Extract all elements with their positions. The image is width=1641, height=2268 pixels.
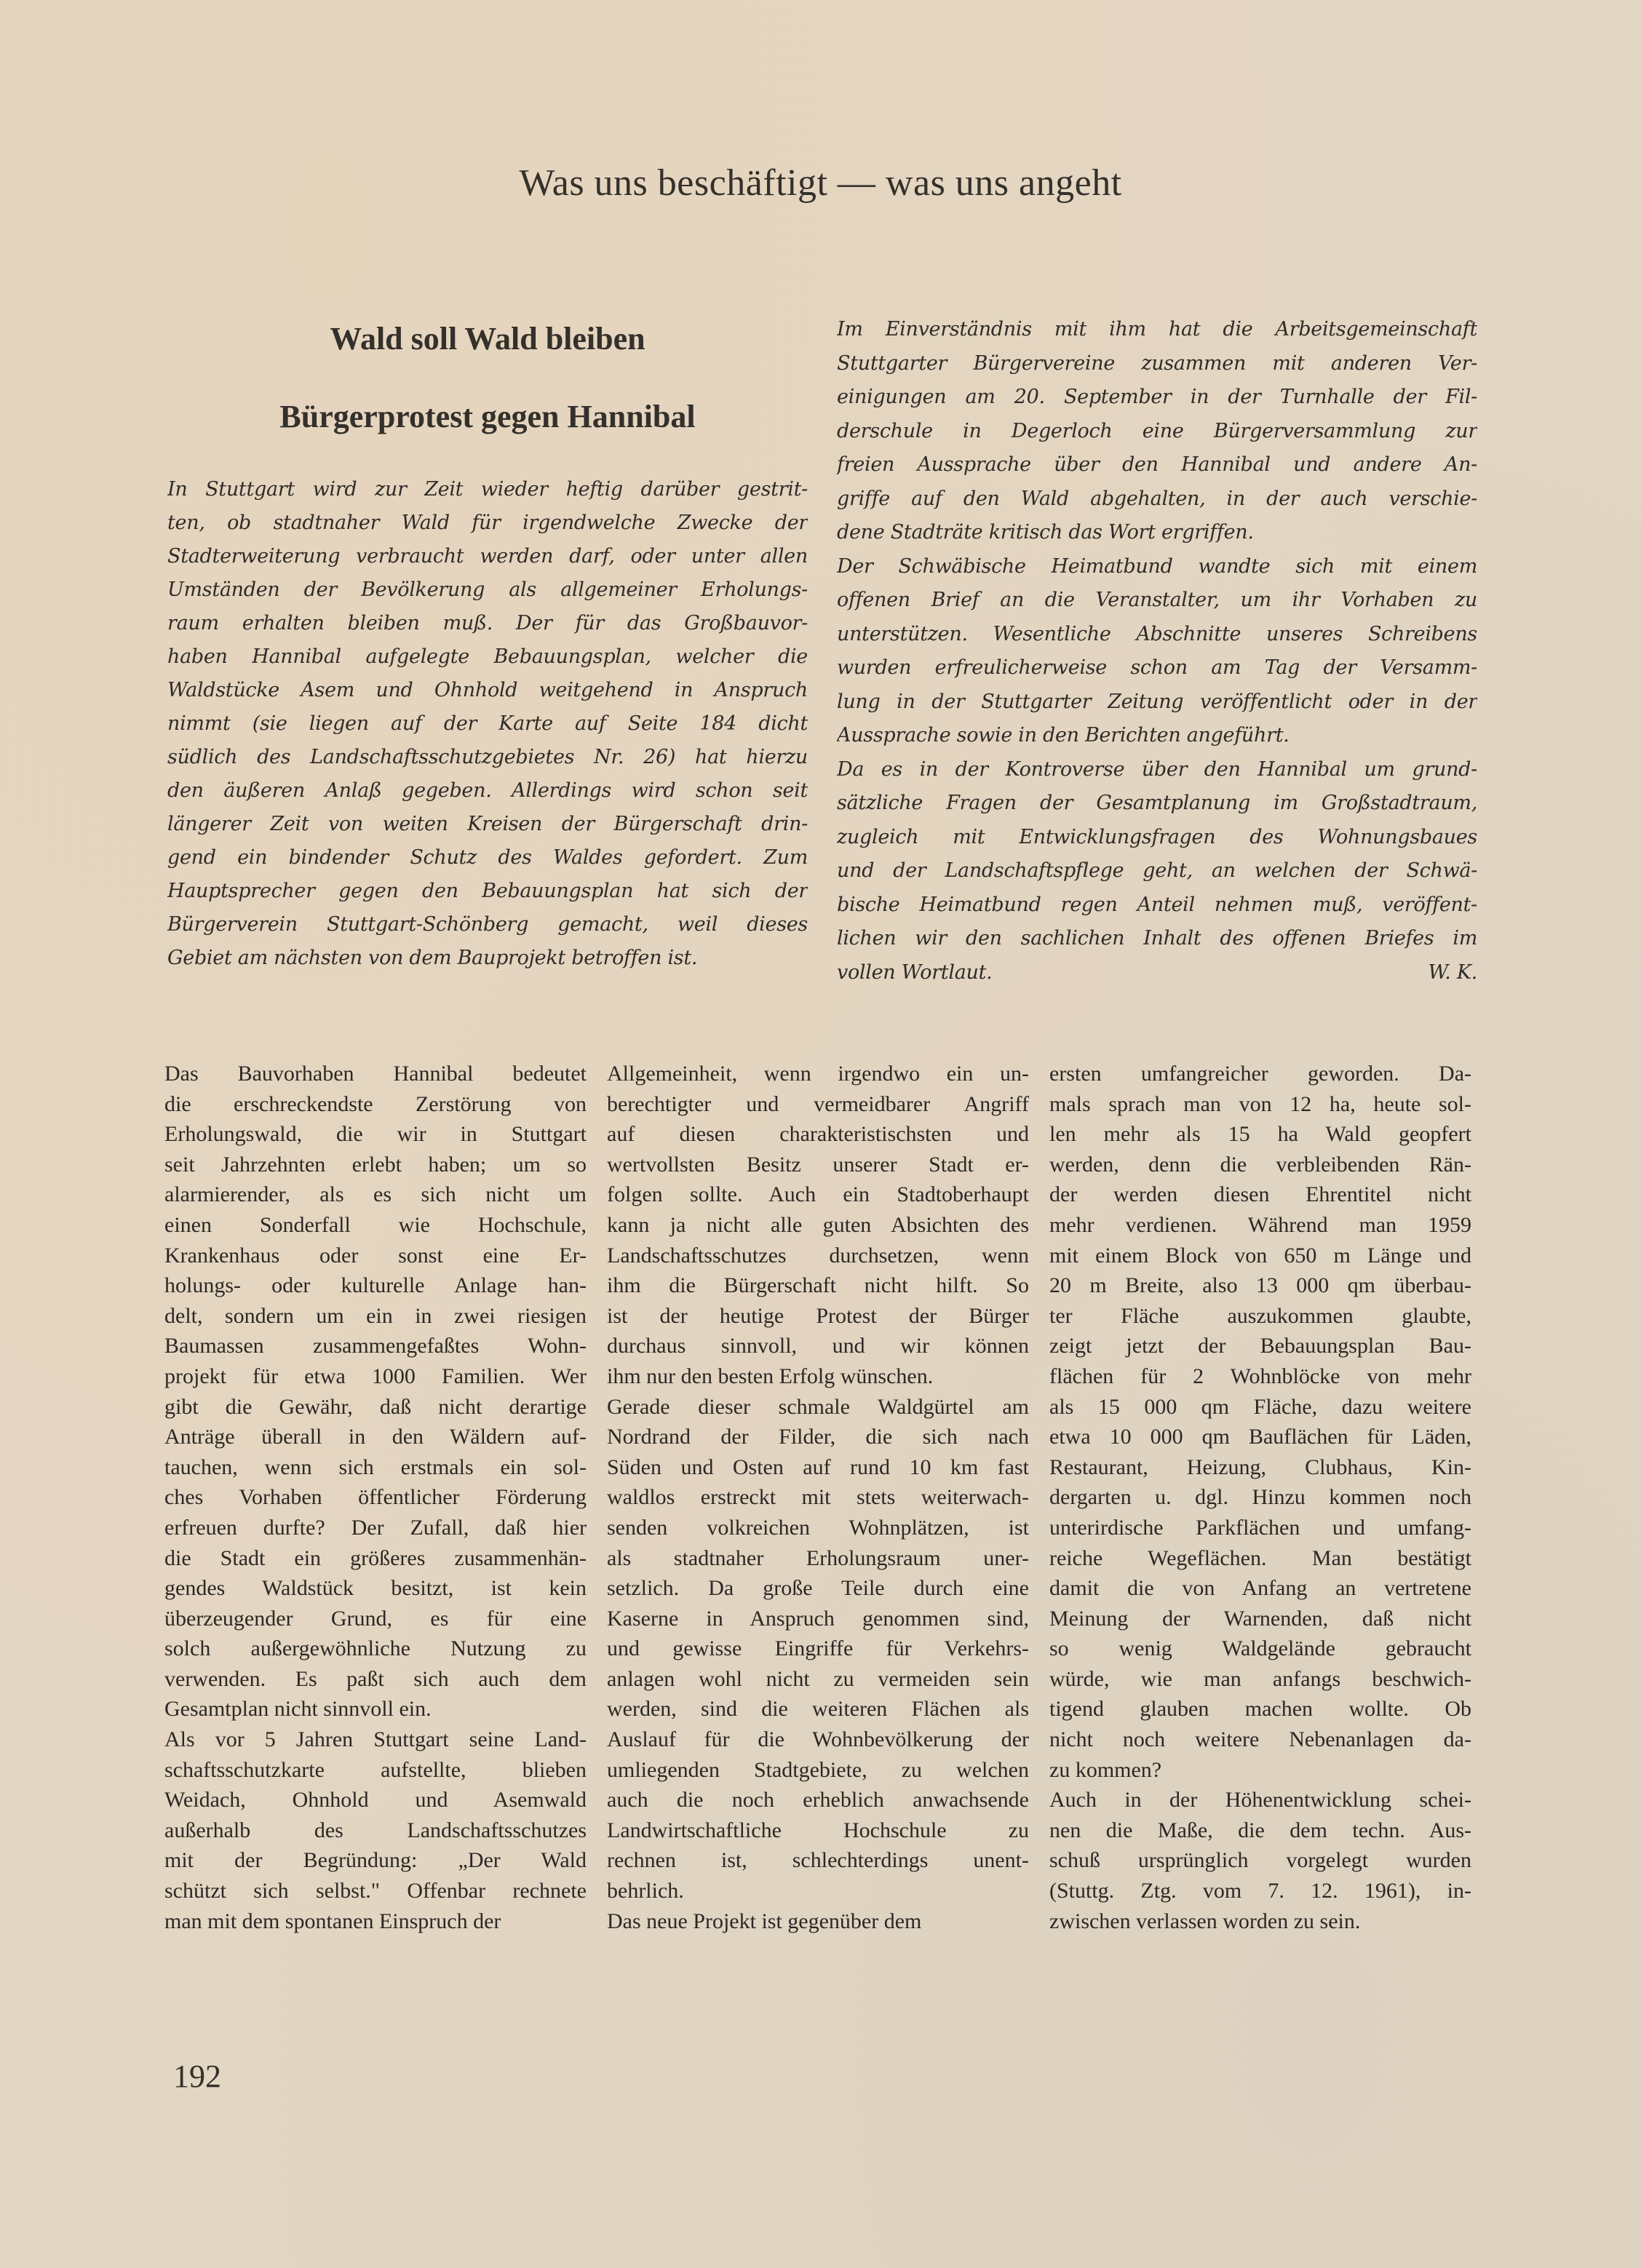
text-line: damit die von Anfang an vertretene xyxy=(1049,1573,1471,1604)
text-line: solch außergewöhnliche Nutzung zu xyxy=(164,1634,587,1664)
text-line: zeigt jetzt der Bebauungsplan Bau- xyxy=(1049,1331,1471,1361)
text-line: projekt für etwa 1000 Familien. Wer xyxy=(164,1361,587,1392)
text-line: man mit dem spontanen Einspruch der xyxy=(164,1906,587,1937)
text-line: nen die Maße, die dem techn. Aus- xyxy=(1049,1815,1471,1846)
text-line: anlagen wohl nicht zu vermeiden sein xyxy=(607,1664,1029,1695)
text-line: einigungen am 20. September in der Turnh… xyxy=(837,381,1477,415)
article-headline: Wald soll Wald bleiben xyxy=(167,320,808,357)
text-line: der werden diesen Ehrentitel nicht xyxy=(1049,1179,1471,1210)
text-line: Landschaftsschutzes durchsetzen, wenn xyxy=(607,1241,1029,1271)
text-line: senden volkreichen Wohnplätzen, ist xyxy=(607,1513,1029,1543)
text-line: setzlich. Da große Teile durch eine xyxy=(607,1573,1029,1604)
text-line: dene Stadträte kritisch das Wort ergriff… xyxy=(837,516,1477,550)
text-line: ihm die Bürgerschaft nicht hilft. So xyxy=(607,1270,1029,1301)
text-line: lichen wir den sachlichen Inhalt des off… xyxy=(837,922,1477,956)
intro-final-text: vollen Wortlaut. xyxy=(837,956,992,990)
text-line: Kaserne in Anspruch genommen sind, xyxy=(607,1604,1029,1634)
text-line: werden, sind die weiteren Flächen als xyxy=(607,1694,1029,1724)
text-line: gend ein bindender Schutz des Waldes gef… xyxy=(167,841,808,875)
text-line: Aussprache sowie in den Berichten angefü… xyxy=(837,719,1477,753)
text-line: wertvollsten Besitz unserer Stadt er- xyxy=(607,1150,1029,1180)
text-line: umliegenden Stadtgebiete, zu welchen xyxy=(607,1755,1029,1786)
text-line: Waldstücke Asem und Ohnhold weitgehend i… xyxy=(167,674,808,707)
text-line: unterstützen. Wesentliche Abschnitte uns… xyxy=(837,618,1477,652)
text-line: freien Aussprache über den Hannibal und … xyxy=(837,448,1477,482)
text-line: würde, wie man anfangs beschwich- xyxy=(1049,1664,1471,1695)
text-line: mit der Begründung: „Der Wald xyxy=(164,1845,587,1876)
text-line: Der Schwäbische Heimatbund wandte sich m… xyxy=(837,550,1477,584)
text-line: haben Hannibal aufgelegte Bebauungsplan,… xyxy=(167,640,808,674)
text-line: tigend glauben machen wollte. Ob xyxy=(1049,1694,1471,1724)
text-line: nicht noch weitere Nebenanlagen da- xyxy=(1049,1724,1471,1755)
text-line: durchaus sinnvoll, und wir können xyxy=(607,1331,1029,1361)
text-line: waldlos erstreckt mit stets weiterwach- xyxy=(607,1482,1029,1513)
letter-column-3: ersten umfangreicher geworden. Da-mals s… xyxy=(1049,1059,1471,1936)
text-line: In Stuttgart wird zur Zeit wieder heftig… xyxy=(167,473,808,506)
text-line: mit einem Block von 650 m Länge und xyxy=(1049,1241,1471,1271)
text-line: Meinung der Warnenden, daß nicht xyxy=(1049,1604,1471,1634)
letter-column-2: Allgemeinheit, wenn irgendwo ein un-bere… xyxy=(607,1059,1029,1936)
letter-column-1: Das Bauvorhaben Hannibal bedeutetdie ers… xyxy=(164,1059,587,1936)
text-line: mehr verdienen. Während man 1959 xyxy=(1049,1210,1471,1241)
author-signature: W. K. xyxy=(1429,956,1477,990)
text-line: folgen sollte. Auch ein Stadtoberhaupt xyxy=(607,1179,1029,1210)
text-line: als 15 000 qm Fläche, dazu weitere xyxy=(1049,1392,1471,1423)
text-line: Gerade dieser schmale Waldgürtel am xyxy=(607,1392,1029,1423)
text-line: (Stuttg. Ztg. vom 7. 12. 1961), in- xyxy=(1049,1876,1471,1906)
text-line: reiche Wegeflächen. Man bestätigt xyxy=(1049,1543,1471,1574)
text-line: derschule in Degerloch eine Bürgerversam… xyxy=(837,415,1477,449)
text-line: berechtigter und vermeidbarer Angriff xyxy=(607,1089,1029,1120)
intro-left-text: In Stuttgart wird zur Zeit wieder heftig… xyxy=(167,473,808,975)
text-line: Das Bauvorhaben Hannibal bedeutet xyxy=(164,1059,587,1089)
text-line: dergarten u. dgl. Hinzu kommen noch xyxy=(1049,1482,1471,1513)
text-line: Hauptsprecher gegen den Bebauungsplan ha… xyxy=(167,875,808,908)
text-line: schaftsschutzkarte aufstellte, blieben xyxy=(164,1755,587,1786)
text-line: Erholungswald, die wir in Stuttgart xyxy=(164,1119,587,1150)
text-line: gendes Waldstück besitzt, ist kein xyxy=(164,1573,587,1604)
intro-right-text: Im Einverständnis mit ihm hat die Arbeit… xyxy=(837,313,1477,956)
text-line: etwa 10 000 qm Bauflächen für Läden, xyxy=(1049,1422,1471,1452)
text-line: Gebiet am nächsten von dem Bauprojekt be… xyxy=(167,942,808,975)
text-line: wurden erfreulicherweise schon am Tag de… xyxy=(837,651,1477,685)
text-line: ter Fläche auszukommen glaubte, xyxy=(1049,1301,1471,1332)
text-line: einen Sonderfall wie Hochschule, xyxy=(164,1210,587,1241)
text-line: zu kommen? xyxy=(1049,1755,1471,1786)
text-line: flächen für 2 Wohnblöcke von mehr xyxy=(1049,1361,1471,1392)
text-line: zugleich mit Entwicklungsfragen des Wohn… xyxy=(837,821,1477,855)
text-line: Allgemeinheit, wenn irgendwo ein un- xyxy=(607,1059,1029,1089)
text-line: rechnen ist, schlechterdings unent- xyxy=(607,1845,1029,1876)
text-line: Im Einverständnis mit ihm hat die Arbeit… xyxy=(837,313,1477,347)
text-line: ten, ob stadtnaher Wald für irgendwelche… xyxy=(167,506,808,540)
article-subheadline: Bürgerprotest gegen Hannibal xyxy=(167,398,808,435)
text-line: Bürgerverein Stuttgart-Schönberg gemacht… xyxy=(167,908,808,942)
text-line: 20 m Breite, also 13 000 qm überbau- xyxy=(1049,1270,1471,1301)
text-line: ersten umfangreicher geworden. Da- xyxy=(1049,1059,1471,1089)
text-line: Umständen der Bevölkerung als allgemeine… xyxy=(167,573,808,607)
text-line: offenen Brief an die Veranstalter, um ih… xyxy=(837,584,1477,618)
text-line: Anträge überall in den Wäldern auf- xyxy=(164,1422,587,1452)
intro-closing-line: vollen Wortlaut. W. K. xyxy=(837,956,1477,990)
text-line: Stuttgarter Bürgervereine zusammen mit a… xyxy=(837,347,1477,381)
text-line: ches Vorhaben öffentlicher Förderung xyxy=(164,1482,587,1513)
text-line: werden, denn die verbleibenden Rän- xyxy=(1049,1150,1471,1180)
text-line: die Stadt ein größeres zusammenhän- xyxy=(164,1543,587,1574)
text-line: Als vor 5 Jahren Stuttgart seine Land- xyxy=(164,1724,587,1755)
text-line: Da es in der Kontroverse über den Hannib… xyxy=(837,753,1477,787)
text-line: Nordrand der Filder, die sich nach xyxy=(607,1422,1029,1452)
text-line: die erschreckendste Zerstörung von xyxy=(164,1089,587,1120)
text-line: schützt sich selbst." Offenbar rechnete xyxy=(164,1876,587,1906)
text-line: schuß ursprünglich vorgelegt wurden xyxy=(1049,1845,1471,1876)
text-line: Süden und Osten auf rund 10 km fast xyxy=(607,1452,1029,1483)
article-intro-right-column: Im Einverständnis mit ihm hat die Arbeit… xyxy=(837,313,1477,990)
text-line: südlich des Landschaftsschutzgebietes Nr… xyxy=(167,741,808,774)
text-line: gibt die Gewähr, daß nicht derartige xyxy=(164,1392,587,1423)
text-line: Restaurant, Heizung, Clubhaus, Kin- xyxy=(1049,1452,1471,1483)
text-line: unterirdische Parkflächen und umfang- xyxy=(1049,1513,1471,1543)
text-line: Auch in der Höhenentwicklung schei- xyxy=(1049,1785,1471,1815)
text-line: lung in der Stuttgarter Zeitung veröffen… xyxy=(837,685,1477,720)
page-number: 192 xyxy=(173,2058,221,2095)
text-line: als stadtnaher Erholungsraum uner- xyxy=(607,1543,1029,1574)
text-line: Stadterweiterung verbraucht werden darf,… xyxy=(167,540,808,573)
article-intro-left-column: Wald soll Wald bleiben Bürgerprotest geg… xyxy=(167,313,808,975)
text-line: mals sprach man von 12 ha, heute sol- xyxy=(1049,1089,1471,1120)
text-line: längerer Zeit von weiten Kreisen der Bür… xyxy=(167,808,808,841)
text-line: Weidach, Ohnhold und Asemwald xyxy=(164,1785,587,1815)
text-line: sätzliche Fragen der Gesamtplanung im Gr… xyxy=(837,787,1477,821)
text-line: holungs- oder kulturelle Anlage han- xyxy=(164,1270,587,1301)
text-line: außerhalb des Landschaftsschutzes xyxy=(164,1815,587,1846)
text-line: nimmt (sie liegen auf der Karte auf Seit… xyxy=(167,707,808,741)
text-line: bische Heimatbund regen Anteil nehmen mu… xyxy=(837,888,1477,923)
text-line: auch die noch erheblich anwachsende xyxy=(607,1785,1029,1815)
text-line: überzeugender Grund, es für eine xyxy=(164,1604,587,1634)
text-line: behrlich. xyxy=(607,1876,1029,1906)
text-line: tauchen, wenn sich erstmals ein sol- xyxy=(164,1452,587,1483)
text-line: delt, sondern um ein in zwei riesigen xyxy=(164,1301,587,1332)
text-line: den äußeren Anlaß gegeben. Allerdings wi… xyxy=(167,774,808,808)
text-line: griffe auf den Wald abgehalten, in der a… xyxy=(837,482,1477,517)
text-line: auf diesen charakteristischsten und xyxy=(607,1119,1029,1150)
text-line: len mehr als 15 ha Wald geopfert xyxy=(1049,1119,1471,1150)
text-line: und der Landschaftspflege geht, an welch… xyxy=(837,854,1477,888)
text-line: Landwirtschaftliche Hochschule zu xyxy=(607,1815,1029,1846)
text-line: und gewisse Eingriffe für Verkehrs- xyxy=(607,1634,1029,1664)
text-line: seit Jahrzehnten erlebt haben; um so xyxy=(164,1150,587,1180)
text-line: Gesamtplan nicht sinnvoll ein. xyxy=(164,1694,587,1724)
text-line: kann ja nicht alle guten Absichten des xyxy=(607,1210,1029,1241)
text-line: Baumassen zusammengefaßtes Wohn- xyxy=(164,1331,587,1361)
text-line: erfreuen durfte? Der Zufall, daß hier xyxy=(164,1513,587,1543)
page-title: Was uns beschäftigt — was uns angeht xyxy=(0,162,1641,204)
text-line: alarmierender, als es sich nicht um xyxy=(164,1179,587,1210)
text-line: zwischen verlassen worden zu sein. xyxy=(1049,1906,1471,1937)
text-line: Krankenhaus oder sonst eine Er- xyxy=(164,1241,587,1271)
text-line: ist der heutige Protest der Bürger xyxy=(607,1301,1029,1332)
text-line: raum erhalten bleiben muß. Der für das G… xyxy=(167,607,808,640)
text-line: Das neue Projekt ist gegenüber dem xyxy=(607,1906,1029,1937)
text-line: so wenig Waldgelände gebraucht xyxy=(1049,1634,1471,1664)
text-line: ihm nur den besten Erfolg wünschen. xyxy=(607,1361,1029,1392)
text-line: verwenden. Es paßt sich auch dem xyxy=(164,1664,587,1695)
text-line: Auslauf für die Wohnbevölkerung der xyxy=(607,1724,1029,1755)
